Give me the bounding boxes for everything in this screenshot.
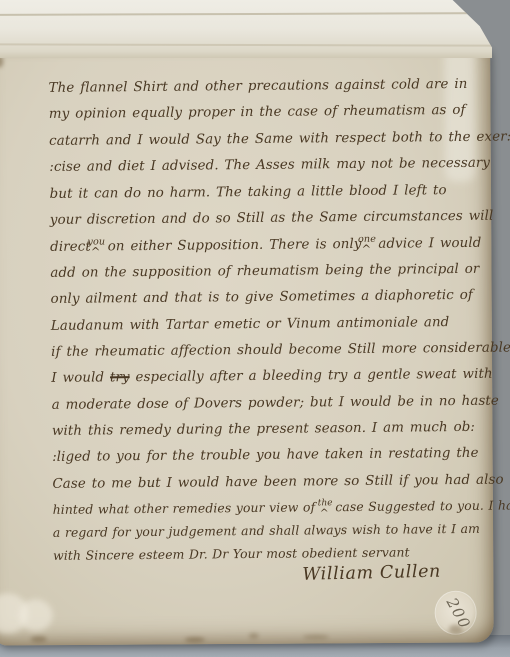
paper-crease (0, 43, 492, 46)
manuscript-line: your discretion and do so Still as the S… (50, 204, 476, 234)
manuscript-line: my opinion equally proper in the case of… (49, 98, 475, 128)
manuscript-line: add on the supposition of rheumatism bei… (50, 257, 476, 287)
inserted-word: one^ (361, 231, 372, 259)
manuscript-line: with this remedy during the present seas… (52, 415, 478, 445)
manuscript-line: :liged to you for the trouble you have t… (52, 441, 478, 471)
manuscript-line: catarrh and I would Say the Same with re… (49, 125, 475, 155)
scanned-letter: The flannel Shirt and other precautions … (0, 0, 510, 657)
struck-word: try (110, 370, 130, 385)
signature: William Cullen (303, 562, 442, 585)
text-block: The flannel Shirt and other precautions … (48, 72, 479, 567)
stain-spot (185, 637, 205, 642)
manuscript-line: only ailment and that is to give Sometim… (51, 283, 477, 313)
inserted-word: you^ (91, 234, 102, 262)
manuscript-line: a regard for your judgement and shall al… (53, 517, 479, 544)
manuscript-line: directyou^ on either Supposition. There … (50, 230, 476, 260)
inserted-word: the^ (320, 495, 331, 520)
manuscript-line: but it can do no harm. The taking a litt… (50, 177, 476, 207)
manuscript-line: The flannel Shirt and other precautions … (48, 72, 474, 102)
manuscript-line: Case to me but I would have been more so… (52, 468, 478, 498)
adjacent-page-edge (0, 0, 492, 58)
manuscript-line: :cise and diet I advised. The Asses milk… (49, 151, 475, 181)
stain-spot (249, 633, 259, 639)
manuscript-line: if the rheumatic affection should become… (51, 336, 477, 366)
stain-spot (449, 625, 463, 634)
stain-spot (303, 634, 329, 639)
stain-spot (31, 636, 47, 642)
manuscript-line: Laudanum with Tartar emetic or Vinum ant… (51, 309, 477, 339)
manuscript-page: The flannel Shirt and other precautions … (0, 44, 494, 645)
paper-pale-spot (19, 599, 53, 631)
manuscript-line: a moderate dose of Dovers powder; but I … (52, 389, 478, 419)
paper-crease (0, 12, 492, 16)
manuscript-line: I would try especially after a bleeding … (51, 362, 477, 392)
